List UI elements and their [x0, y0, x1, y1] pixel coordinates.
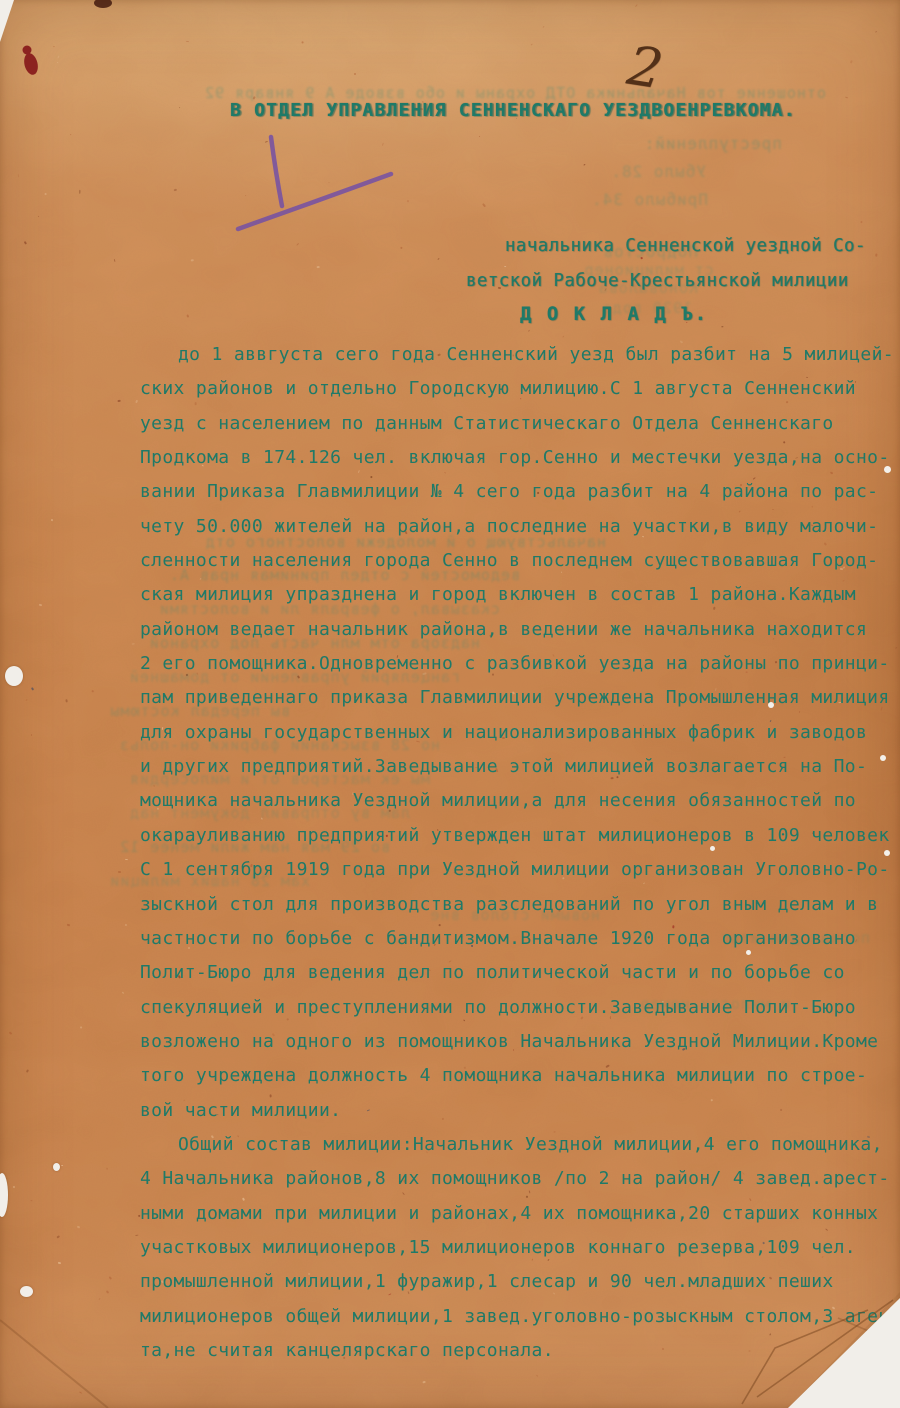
paper-speck [561, 572, 562, 574]
paper-speck [806, 376, 809, 378]
paper-hole [53, 1163, 60, 1171]
paper-speck [542, 26, 544, 28]
paper-speck [500, 597, 502, 599]
paper-speck [722, 326, 724, 327]
paper-speck [769, 720, 771, 722]
paper-speck [245, 195, 246, 196]
paper-speck [301, 902, 304, 906]
paper-speck [352, 792, 354, 795]
paper-speck [473, 1286, 474, 1288]
typed-line: частности по борьбе с бандитизмом.Вначал… [140, 922, 900, 956]
paper-speck [830, 471, 834, 475]
paper-speck [224, 1349, 226, 1351]
paper-speck [661, 1001, 663, 1003]
paper-speck [483, 1321, 485, 1322]
paper-speck [191, 259, 194, 262]
paper-speck [13, 1186, 15, 1188]
ghost-text-line: Прибыло 34. [548, 190, 708, 209]
paper-speck [428, 969, 430, 971]
ghost-text-line: Убыло 28. [556, 162, 706, 181]
paper-speck [552, 654, 554, 657]
typed-line: ными домами при милиции и районах,4 их п… [140, 1197, 900, 1231]
document-title: Д О К Л А Д Ъ. [520, 303, 708, 325]
paper-speck [258, 1352, 262, 1355]
typed-line: для охраны государственных и национализи… [140, 716, 900, 750]
paper-speck [200, 578, 202, 580]
paper-speck [881, 707, 883, 711]
paper-speck [786, 400, 789, 403]
typed-line: спекуляцией и преступлениями по должност… [140, 991, 900, 1025]
paper-speck [407, 200, 410, 203]
dust-dot [884, 466, 891, 473]
paper-speck [875, 31, 877, 33]
paper-speck [799, 711, 801, 713]
paper-speck [812, 505, 813, 507]
paper-speck [38, 216, 39, 217]
paper-speck [253, 96, 256, 99]
paper-speck [453, 871, 456, 874]
paper-speck [105, 1290, 109, 1294]
paper-speck [611, 777, 614, 779]
paper-speck [606, 1064, 610, 1068]
ghost-text-line: надзора отм млн часть под охраной [0, 634, 480, 652]
marks-svg [0, 0, 900, 1408]
typed-line: 2 его помощника.Одновременно с разбивкой… [140, 647, 900, 681]
paper-speck [528, 329, 530, 331]
scanned-document-page: отношение тов Начальника ОТД охраны и об… [0, 0, 900, 1408]
paper-speck [465, 1067, 467, 1069]
paper-speck [536, 1374, 538, 1376]
typed-line: уезд с населением по данным Статистическ… [140, 407, 900, 441]
paper-speck [45, 193, 47, 195]
ghost-text-line: сказывал, о февраля ли и волостями [0, 600, 500, 618]
ghost-text-line: ганцелярий управлении от домашней [0, 668, 460, 686]
paper-speck [832, 1307, 836, 1310]
paper-speck [811, 524, 813, 526]
paper-speck [875, 253, 877, 256]
paper-speck [307, 1272, 310, 1275]
typed-line: того учреждена должность 4 помощника нач… [140, 1059, 900, 1093]
paper-speck [433, 944, 436, 946]
paper-speck [57, 1235, 60, 1238]
paper-sheet: отношение тов Начальника ОТД охраны и об… [0, 0, 900, 1408]
paper-speck [31, 1200, 33, 1202]
typed-line: 4 Начальника районов,8 их помощников /по… [140, 1162, 900, 1196]
ghost-text-line: посвал дел итог [620, 929, 870, 947]
paper-speck [822, 1256, 824, 1258]
paper-speck [769, 1333, 771, 1335]
paper-speck [67, 923, 70, 926]
typed-line: промышленной милиции,1 фуражир,1 слесар … [140, 1265, 900, 1299]
paper-speck [772, 509, 774, 510]
paper-speck [109, 1276, 112, 1279]
paper-speck [33, 71, 36, 74]
paper-speck [749, 1350, 751, 1351]
ghost-text-line: преступлений: [572, 134, 782, 153]
paper-speck [442, 1118, 444, 1120]
paper-speck [866, 1136, 870, 1139]
paper-speck [425, 1151, 428, 1153]
typed-line: ских районов и отдельно Городскую милици… [140, 372, 900, 406]
paper-speck [610, 1016, 611, 1019]
paper-texture [0, 0, 900, 1408]
paper-speck [584, 163, 586, 165]
corner-fold-shadow [788, 1292, 900, 1408]
paper-speck [842, 580, 844, 582]
paper-speck [529, 1191, 531, 1194]
paper-speck [641, 257, 643, 259]
paper-speck [681, 1047, 685, 1050]
paper-speck [65, 699, 67, 703]
paper-speck [642, 536, 644, 538]
paper-speck [132, 642, 135, 644]
typed-line: пам приведеннаго приказа Главмилиции учр… [140, 681, 900, 715]
paper-speck [170, 1320, 174, 1322]
paper-fiber-specks [0, 0, 900, 1408]
paper-speck [135, 1235, 138, 1236]
paper-speck [79, 1391, 82, 1394]
paper-speck [70, 134, 72, 136]
paper-speck [478, 135, 480, 137]
ghost-text-line: Подростов [548, 242, 698, 261]
paper-speck [438, 924, 440, 926]
paper-speck [272, 1033, 275, 1037]
paper-speck [686, 321, 688, 323]
paper-speck [51, 519, 53, 521]
paper-speck [614, 795, 617, 798]
paper-speck [825, 1228, 828, 1231]
paper-speck [197, 673, 199, 675]
paper-speck [397, 1324, 399, 1325]
typed-line: участковых милиционеров,15 милиционеров … [140, 1231, 900, 1265]
paper-speck [475, 767, 478, 769]
paper-speck [117, 400, 120, 402]
paper-speck [397, 655, 399, 658]
paper-speck [773, 638, 775, 640]
ghost-text-line: лам ву отправил документ над [0, 804, 410, 822]
ghost-text-line: новыми столов вне [300, 906, 600, 924]
paper-speck [806, 1388, 809, 1390]
paper-speck [386, 1319, 387, 1321]
paper-speck [811, 832, 814, 835]
paper-speck [794, 456, 797, 459]
typed-line: районом ведает начальник района,в ведени… [140, 613, 900, 647]
paper-speck [241, 1198, 244, 1201]
paper-speck [463, 1020, 466, 1023]
paper-speck [512, 691, 516, 694]
paper-speck [265, 141, 268, 143]
typed-line: милиционеров общей милиции,1 завед.уголо… [140, 1300, 900, 1334]
paper-speck [643, 882, 645, 884]
paper-speck [125, 859, 128, 860]
typed-line: Полит-Бюро для ведения дел по политическ… [140, 956, 900, 990]
paper-speck [838, 702, 841, 703]
paper-speck [80, 190, 81, 194]
paper-speck [39, 604, 43, 607]
addressee-line-1: начальника Сенненской уездной Со- [505, 236, 866, 256]
paper-speck [296, 243, 299, 246]
bottom-left-crease [0, 1320, 108, 1408]
paper-speck [843, 567, 844, 569]
paper-speck [520, 397, 522, 399]
paper-speck [504, 265, 506, 266]
paper-speck [824, 542, 827, 545]
paper-speck [99, 1298, 101, 1300]
paper-speck [407, 1291, 409, 1294]
paper-speck [302, 41, 304, 43]
paper-speck [423, 673, 427, 676]
paper-speck [138, 1214, 140, 1217]
paper-speck [80, 1026, 82, 1029]
paper-speck [1, 1178, 5, 1181]
paper-speck [125, 924, 127, 926]
paper-speck [355, 696, 357, 698]
typed-line: та,не считая канцелярскаго персонала. [140, 1334, 900, 1368]
paper-tear [0, 1173, 8, 1217]
paper-speck [444, 1040, 446, 1042]
paper-speck [782, 440, 785, 443]
ghost-text-line: хам 28 наших милиции [0, 872, 310, 890]
handwritten-page-number: 2 [623, 34, 667, 102]
paper-speck [895, 647, 898, 649]
paper-speck [114, 259, 116, 262]
paper-speck [26, 698, 28, 700]
paper-speck [845, 97, 849, 99]
paper-speck [512, 1049, 514, 1051]
paper-speck [31, 734, 32, 736]
paper-speck [237, 1136, 239, 1139]
typed-line: ская милиция упразднена и город включен … [140, 578, 900, 612]
typed-line: вании Приказа Главмилиции № 4 сего года … [140, 475, 900, 509]
paper-speck [840, 568, 843, 570]
typed-line: зыскной стол для производства разследова… [140, 888, 900, 922]
paper-speck [18, 174, 20, 177]
paper-speck [568, 1035, 570, 1036]
paper-speck [388, 1293, 391, 1295]
paper-speck [416, 741, 420, 743]
paper-speck [706, 732, 708, 734]
paper-speck [526, 1195, 528, 1198]
paper-speck [746, 672, 748, 673]
paper-speck [605, 288, 607, 291]
paper-speck [186, 674, 189, 677]
paper-speck [553, 1292, 555, 1294]
ghost-text-line: мы ек мастеров от и милосердия [0, 770, 430, 788]
paper-speck [412, 595, 413, 597]
typed-line: С 1 сентября 1919 года при Уездной милиц… [140, 853, 900, 887]
paper-speck [162, 727, 164, 730]
paper-speck [662, 1348, 665, 1350]
paper-speck [152, 973, 154, 974]
paper-speck [328, 182, 330, 183]
paper-speck [270, 1094, 272, 1097]
paper-speck [684, 634, 686, 635]
paper-speck [420, 107, 423, 110]
paper-speck [562, 876, 565, 879]
paper-speck [178, 975, 181, 979]
paper-speck [317, 266, 320, 268]
paper-speck [437, 829, 439, 831]
paper-speck [53, 46, 55, 47]
typed-line: вой части милиции. [140, 1094, 900, 1128]
paper-speck [763, 1242, 765, 1244]
paper-speck [438, 258, 440, 260]
paper-speck [615, 775, 618, 778]
paper-speck [135, 400, 138, 404]
paper-speck [749, 1198, 751, 1201]
paper-speck [343, 1356, 346, 1359]
paper-speck [403, 1180, 406, 1183]
paper-speck [287, 1018, 290, 1021]
paper-speck [561, 461, 564, 462]
paper-speck [860, 220, 863, 223]
paper-speck [548, 1259, 550, 1261]
paper-speck [850, 1037, 852, 1040]
paper-speck [769, 1276, 773, 1279]
paper-speck [492, 674, 494, 677]
paper-hole [5, 666, 23, 686]
paper-speck [157, 807, 159, 809]
paper-speck [122, 991, 124, 993]
paper-speck [57, 55, 59, 58]
red-wax-spot [22, 46, 40, 77]
typewritten-layer: В ОТДЕЛ УПРАВЛЕНИЯ СЕННЕНСКАГО УЕЗДВОЕНР… [0, 0, 900, 1408]
paper-speck [855, 939, 857, 942]
typed-line: чету 50.000 жителей на район,а последние… [140, 510, 900, 544]
paper-speck [153, 785, 155, 787]
paper-speck [496, 768, 499, 772]
ghost-text-line: Коновалова [538, 279, 698, 297]
paper-speck [740, 484, 742, 486]
paper-speck [261, 817, 263, 819]
paper-speck [389, 809, 392, 812]
fold-crease-lines [742, 1300, 893, 1404]
paper-speck [489, 635, 491, 637]
paper-speck [680, 340, 684, 343]
paper-speck [386, 835, 388, 837]
paper-speck [179, 107, 180, 108]
paper-grain-svg [0, 0, 900, 1408]
paper-speck [188, 947, 190, 949]
typed-line: и других предприятий.Заведывание этой ми… [140, 750, 900, 784]
paper-speck [421, 101, 423, 103]
dust-dot [746, 950, 751, 955]
paper-speck [251, 864, 253, 868]
annotation-layer: 2 [0, 0, 900, 1408]
paper-speck [711, 1099, 713, 1101]
paper-speck [297, 675, 300, 679]
ghost-text-line: во 29 мая нам жили менее 12 [0, 838, 390, 856]
typed-line: Продкома в 174.126 чел. включая гор.Сенн… [140, 441, 900, 475]
paper-speck [742, 1172, 745, 1175]
paper-speck [635, 4, 638, 7]
paper-speck [61, 1165, 63, 1166]
paper-speck [184, 1321, 188, 1324]
paper-speck [643, 725, 644, 726]
paper-speck [217, 1114, 219, 1116]
dust-dot [768, 702, 774, 708]
paper-speck [753, 478, 756, 480]
paper-speck [775, 661, 778, 664]
ghost-text-line: ст милиционер [534, 261, 714, 279]
typed-line: возложено на одного из помощников Началь… [140, 1025, 900, 1059]
paper-speck [498, 287, 502, 289]
top-edge-stain [94, 0, 112, 8]
typed-line: сленности населения города Сенно в после… [140, 544, 900, 578]
paper-speck [566, 934, 569, 937]
paper-speck [855, 380, 857, 382]
paper-speck [784, 756, 786, 757]
paper-speck [405, 351, 407, 352]
paper-speck [382, 142, 384, 146]
paper-speck [31, 687, 34, 691]
paper-speck [770, 1180, 773, 1182]
ghost-text-line: начальствующ о й молодежи волостного отд [6, 533, 606, 551]
typed-line: мощника начальника Уездной милиции,а для… [140, 784, 900, 818]
addressee-line-2: ветской Рабоче-Крестьянской милиции [466, 271, 849, 291]
paper-speck [562, 335, 564, 338]
paper-speck [405, 530, 408, 534]
paper-speck [531, 1259, 533, 1262]
paper-speck [850, 60, 853, 63]
paper-speck [558, 909, 560, 912]
paper-speck [670, 621, 672, 623]
paper-speck [169, 1180, 172, 1182]
paper-speck [161, 1280, 165, 1284]
paper-speck [354, 73, 356, 75]
ghost-bleed-through-layer: отношение тов Начальника ОТД охраны и об… [0, 0, 900, 1408]
paper-speck [751, 973, 753, 976]
paper-speck [444, 472, 446, 474]
paper-speck [26, 1069, 29, 1073]
paper-speck [713, 607, 716, 610]
paper-hole [20, 1286, 33, 1297]
paper-speck [714, 687, 716, 690]
ghost-text-line: вы передал костюмы [0, 702, 290, 720]
paper-speck [186, 315, 189, 319]
ghost-text-line: ведомостей с отдел принимая нрав А. [0, 566, 520, 584]
dust-dot [884, 850, 890, 856]
ghost-text-line: но 28 взыскании фабрики он-польз [0, 736, 440, 754]
paper-speck [183, 1099, 185, 1101]
typed-line: Общий состав милиции:Начальник Уездной м… [140, 1128, 900, 1162]
paper-speck [77, 1226, 80, 1229]
ghost-text-line: отношение тов Начальника ОТД охраны и об… [66, 84, 826, 102]
paper-speck [367, 1109, 370, 1111]
paper-speck [515, 118, 517, 120]
typed-line: до 1 аввгуста сего года Сенненский уезд … [140, 338, 900, 372]
paper-speck [580, 1016, 584, 1020]
paper-speck [202, 465, 204, 467]
paper-speck [673, 925, 675, 928]
document-heading: В ОТДЕЛ УПРАВЛЕНИЯ СЕННЕНСКАГО УЕЗДВОЕНР… [230, 100, 796, 121]
paper-speck [56, 62, 57, 63]
paper-speck [174, 189, 177, 192]
dust-dot [880, 755, 886, 761]
paper-speck [779, 1109, 782, 1112]
paper-speck [106, 1168, 108, 1170]
paper-speck [370, 475, 373, 478]
paper-speck [512, 354, 513, 356]
paper-speck [186, 41, 189, 42]
paper-speck [402, 1193, 405, 1196]
paper-speck [537, 491, 540, 494]
paper-speck [471, 945, 474, 948]
dust-dot [710, 846, 715, 851]
paper-speck [482, 204, 486, 208]
paper-speck [803, 1080, 804, 1081]
purple-pencil-mark [238, 137, 391, 229]
